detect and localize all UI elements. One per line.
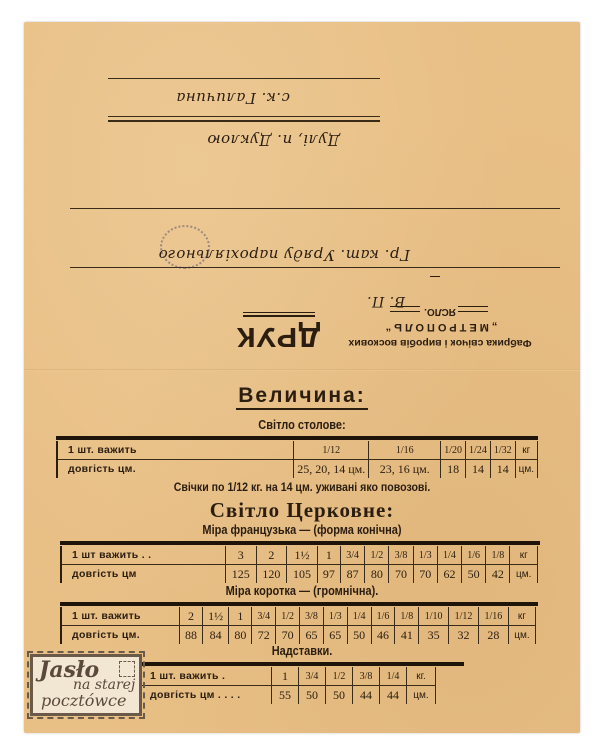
table-cell: 1/8 (395, 607, 419, 626)
table-french: 1 шт важить . . 3 2 1½ 1 3/4 1/2 3/8 1/3… (60, 546, 538, 583)
table-cell: 3/8 (300, 607, 324, 626)
table-cell: 1/16 (478, 607, 508, 626)
table-cell: 50 (347, 626, 371, 645)
address-line-3 (108, 120, 380, 122)
row-label: 1 шт. важить (61, 607, 180, 626)
table-cell: 1 (317, 546, 340, 565)
table-cell: 1/4 (437, 546, 461, 565)
table-cell: 1/4 (347, 607, 371, 626)
table-cell: кг (515, 441, 537, 460)
row-label: довгість цм (61, 565, 226, 584)
table-cell: 70 (276, 626, 300, 645)
table-cell: 1 (272, 667, 299, 686)
table-cell: 1½ (202, 607, 229, 626)
table-cell: 120 (256, 565, 287, 584)
table-extensions-top-rule (124, 662, 464, 666)
church-title: Світло Церковне: (24, 498, 580, 523)
table-row: 1 шт. важить . 1 3/4 1/2 3/8 1/4 кг. (140, 667, 436, 686)
short-measure-title: Міра коротка — (громнічна). (57, 584, 546, 598)
table-cell: 18 (441, 460, 466, 479)
table-cell: 1/2 (365, 546, 389, 565)
table-cell: 65 (323, 626, 347, 645)
table-cell: 1/20 (441, 441, 466, 460)
table-cell: 25, 20, 14 цм. (294, 460, 369, 479)
table-cell: 23, 16 цм. (369, 460, 441, 479)
table-cell: 41 (395, 626, 419, 645)
postcard-paper: В. П. Гр. кат. Уряду парохіяльного Дулі,… (24, 22, 580, 733)
print-mark-underline-2 (243, 312, 315, 313)
table-candles-title: Світло столове: (57, 418, 546, 432)
table-cell: 14 (490, 460, 515, 479)
table-cell: цм. (510, 565, 538, 584)
postage-stamp-icon (119, 661, 135, 677)
table-cell: цм. (407, 686, 436, 705)
handwritten-region: с.к. Галичина (176, 89, 290, 107)
logo-line-3: pocztówce (41, 691, 126, 710)
table-cell: 35 (419, 626, 449, 645)
sender-name: „МЕТРОПОЛЬ“ (340, 321, 540, 333)
table-cell: 1/6 (371, 607, 395, 626)
size-title: Величина: (24, 384, 580, 408)
size-title-text: Величина: (236, 384, 368, 410)
table-cell: 3/8 (353, 667, 380, 686)
watermark-logo: Jasło na starej pocztówce (30, 654, 142, 716)
table-cell: 1/16 (369, 441, 441, 460)
table-cell: 14 (466, 460, 491, 479)
table-cell: 1/4 (380, 667, 407, 686)
fold-line (24, 369, 580, 371)
table-cell: 55 (272, 686, 299, 705)
table-cell: 3/8 (389, 546, 413, 565)
address-line-1 (70, 267, 560, 268)
small-ornament (430, 276, 440, 277)
table-row: 1 шт. важить 1/12 1/16 1/20 1/24 1/32 кг (57, 441, 538, 460)
print-mark: ДРУК (234, 321, 322, 353)
table-cell: 80 (229, 626, 252, 645)
table-cell: цм. (515, 460, 537, 479)
table-cell: 3/4 (341, 546, 365, 565)
table-cell: 70 (389, 565, 413, 584)
table-cell: 65 (300, 626, 324, 645)
table-cell: 1/3 (413, 546, 437, 565)
table-cell: 3 (226, 546, 257, 565)
table-cell: 44 (353, 686, 380, 705)
table-cell: кг. (407, 667, 436, 686)
table-cell: 105 (287, 565, 318, 584)
table-row: довгість цм 125 120 105 97 87 80 70 70 6… (61, 565, 538, 584)
row-label: довгість цм. (61, 626, 180, 645)
row-label: довгість цм. (57, 460, 294, 479)
table-row: 1 шт. важить 2 1½ 1 3/4 1/2 3/8 1/3 1/4 … (61, 607, 536, 626)
table-cell: кг (510, 546, 538, 565)
table-cell: 46 (371, 626, 395, 645)
table-cell: 44 (380, 686, 407, 705)
table-cell: 3/4 (299, 667, 326, 686)
handwritten-town: Дулі, п. Дуклою (207, 131, 340, 149)
table-cell: 87 (341, 565, 365, 584)
table-cell: 3/4 (252, 607, 276, 626)
table-cell: 80 (365, 565, 389, 584)
table-cell: 72 (252, 626, 276, 645)
table-cell: 1½ (287, 546, 318, 565)
print-mark-underline (243, 315, 315, 317)
table-cell: 1/2 (326, 667, 353, 686)
row-label: 1 шт важить . . (61, 546, 226, 565)
table-cell: 97 (317, 565, 340, 584)
row-label: 1 шт. важить (57, 441, 294, 460)
table-cell: 1/32 (490, 441, 515, 460)
table-cell: кг (508, 607, 535, 626)
table-cell: 70 (413, 565, 437, 584)
table-cell: 50 (462, 565, 486, 584)
table-short-top-rule (60, 602, 538, 606)
table-cell: 50 (326, 686, 353, 705)
city-ornament-left (458, 306, 488, 312)
postmark-stamp (160, 225, 210, 269)
table-cell: 28 (478, 626, 508, 645)
table-cell: 1 (229, 607, 252, 626)
table-row: довгість цм. 25, 20, 14 цм. 23, 16 цм. 1… (57, 460, 538, 479)
table-candles: 1 шт. важить 1/12 1/16 1/20 1/24 1/32 кг… (56, 441, 538, 478)
table-french-top-rule (60, 541, 540, 545)
table-cell: цм. (508, 626, 535, 645)
table-cell: 125 (226, 565, 257, 584)
french-measure-title: Міра французька — (форма конічна) (57, 523, 546, 537)
candles-note: Свічки по 1/12 кг. на 14 цм. уживані яко… (46, 482, 558, 494)
table-cell: 1/6 (462, 546, 486, 565)
table-cell: 1/12 (294, 441, 369, 460)
table-cell: 2 (180, 607, 203, 626)
table-row: 1 шт важить . . 3 2 1½ 1 3/4 1/2 3/8 1/3… (61, 546, 538, 565)
address-side: В. П. Гр. кат. Уряду парохіяльного Дулі,… (24, 22, 580, 369)
sender-city: ЯСЛО. (340, 306, 540, 317)
address-line-5 (108, 78, 380, 79)
table-cell: 1/3 (323, 607, 347, 626)
table-cell: 62 (437, 565, 461, 584)
table-cell: 42 (486, 565, 510, 584)
table-cell: 1/2 (276, 607, 300, 626)
table-cell: 88 (180, 626, 203, 645)
row-label: довгість цм . . . . (140, 686, 272, 705)
table-cell: 1/24 (466, 441, 491, 460)
table-extensions: 1 шт. важить . 1 3/4 1/2 3/8 1/4 кг. дов… (140, 667, 436, 704)
table-cell: 32 (449, 626, 479, 645)
row-label: 1 шт. важить . (140, 667, 272, 686)
table-cell: 1/10 (419, 607, 449, 626)
table-cell: 1/12 (449, 607, 479, 626)
sender-line-1: Фабрика свічок і виробів воскових (340, 337, 540, 349)
table-cell: 1/8 (486, 546, 510, 565)
table-row: довгість цм. 88 84 80 72 70 65 65 50 46 … (61, 626, 536, 645)
table-cell: 50 (299, 686, 326, 705)
address-line-2 (70, 208, 560, 209)
table-short: 1 шт. важить 2 1½ 1 3/4 1/2 3/8 1/3 1/4 … (60, 607, 536, 644)
table-row: довгість цм . . . . 55 50 50 44 44 цм. (140, 686, 436, 705)
table-cell: 2 (256, 546, 287, 565)
city-ornament-right (390, 306, 420, 312)
table-candles-top-rule (56, 436, 538, 440)
address-line-4 (108, 116, 380, 117)
table-cell: 84 (202, 626, 229, 645)
